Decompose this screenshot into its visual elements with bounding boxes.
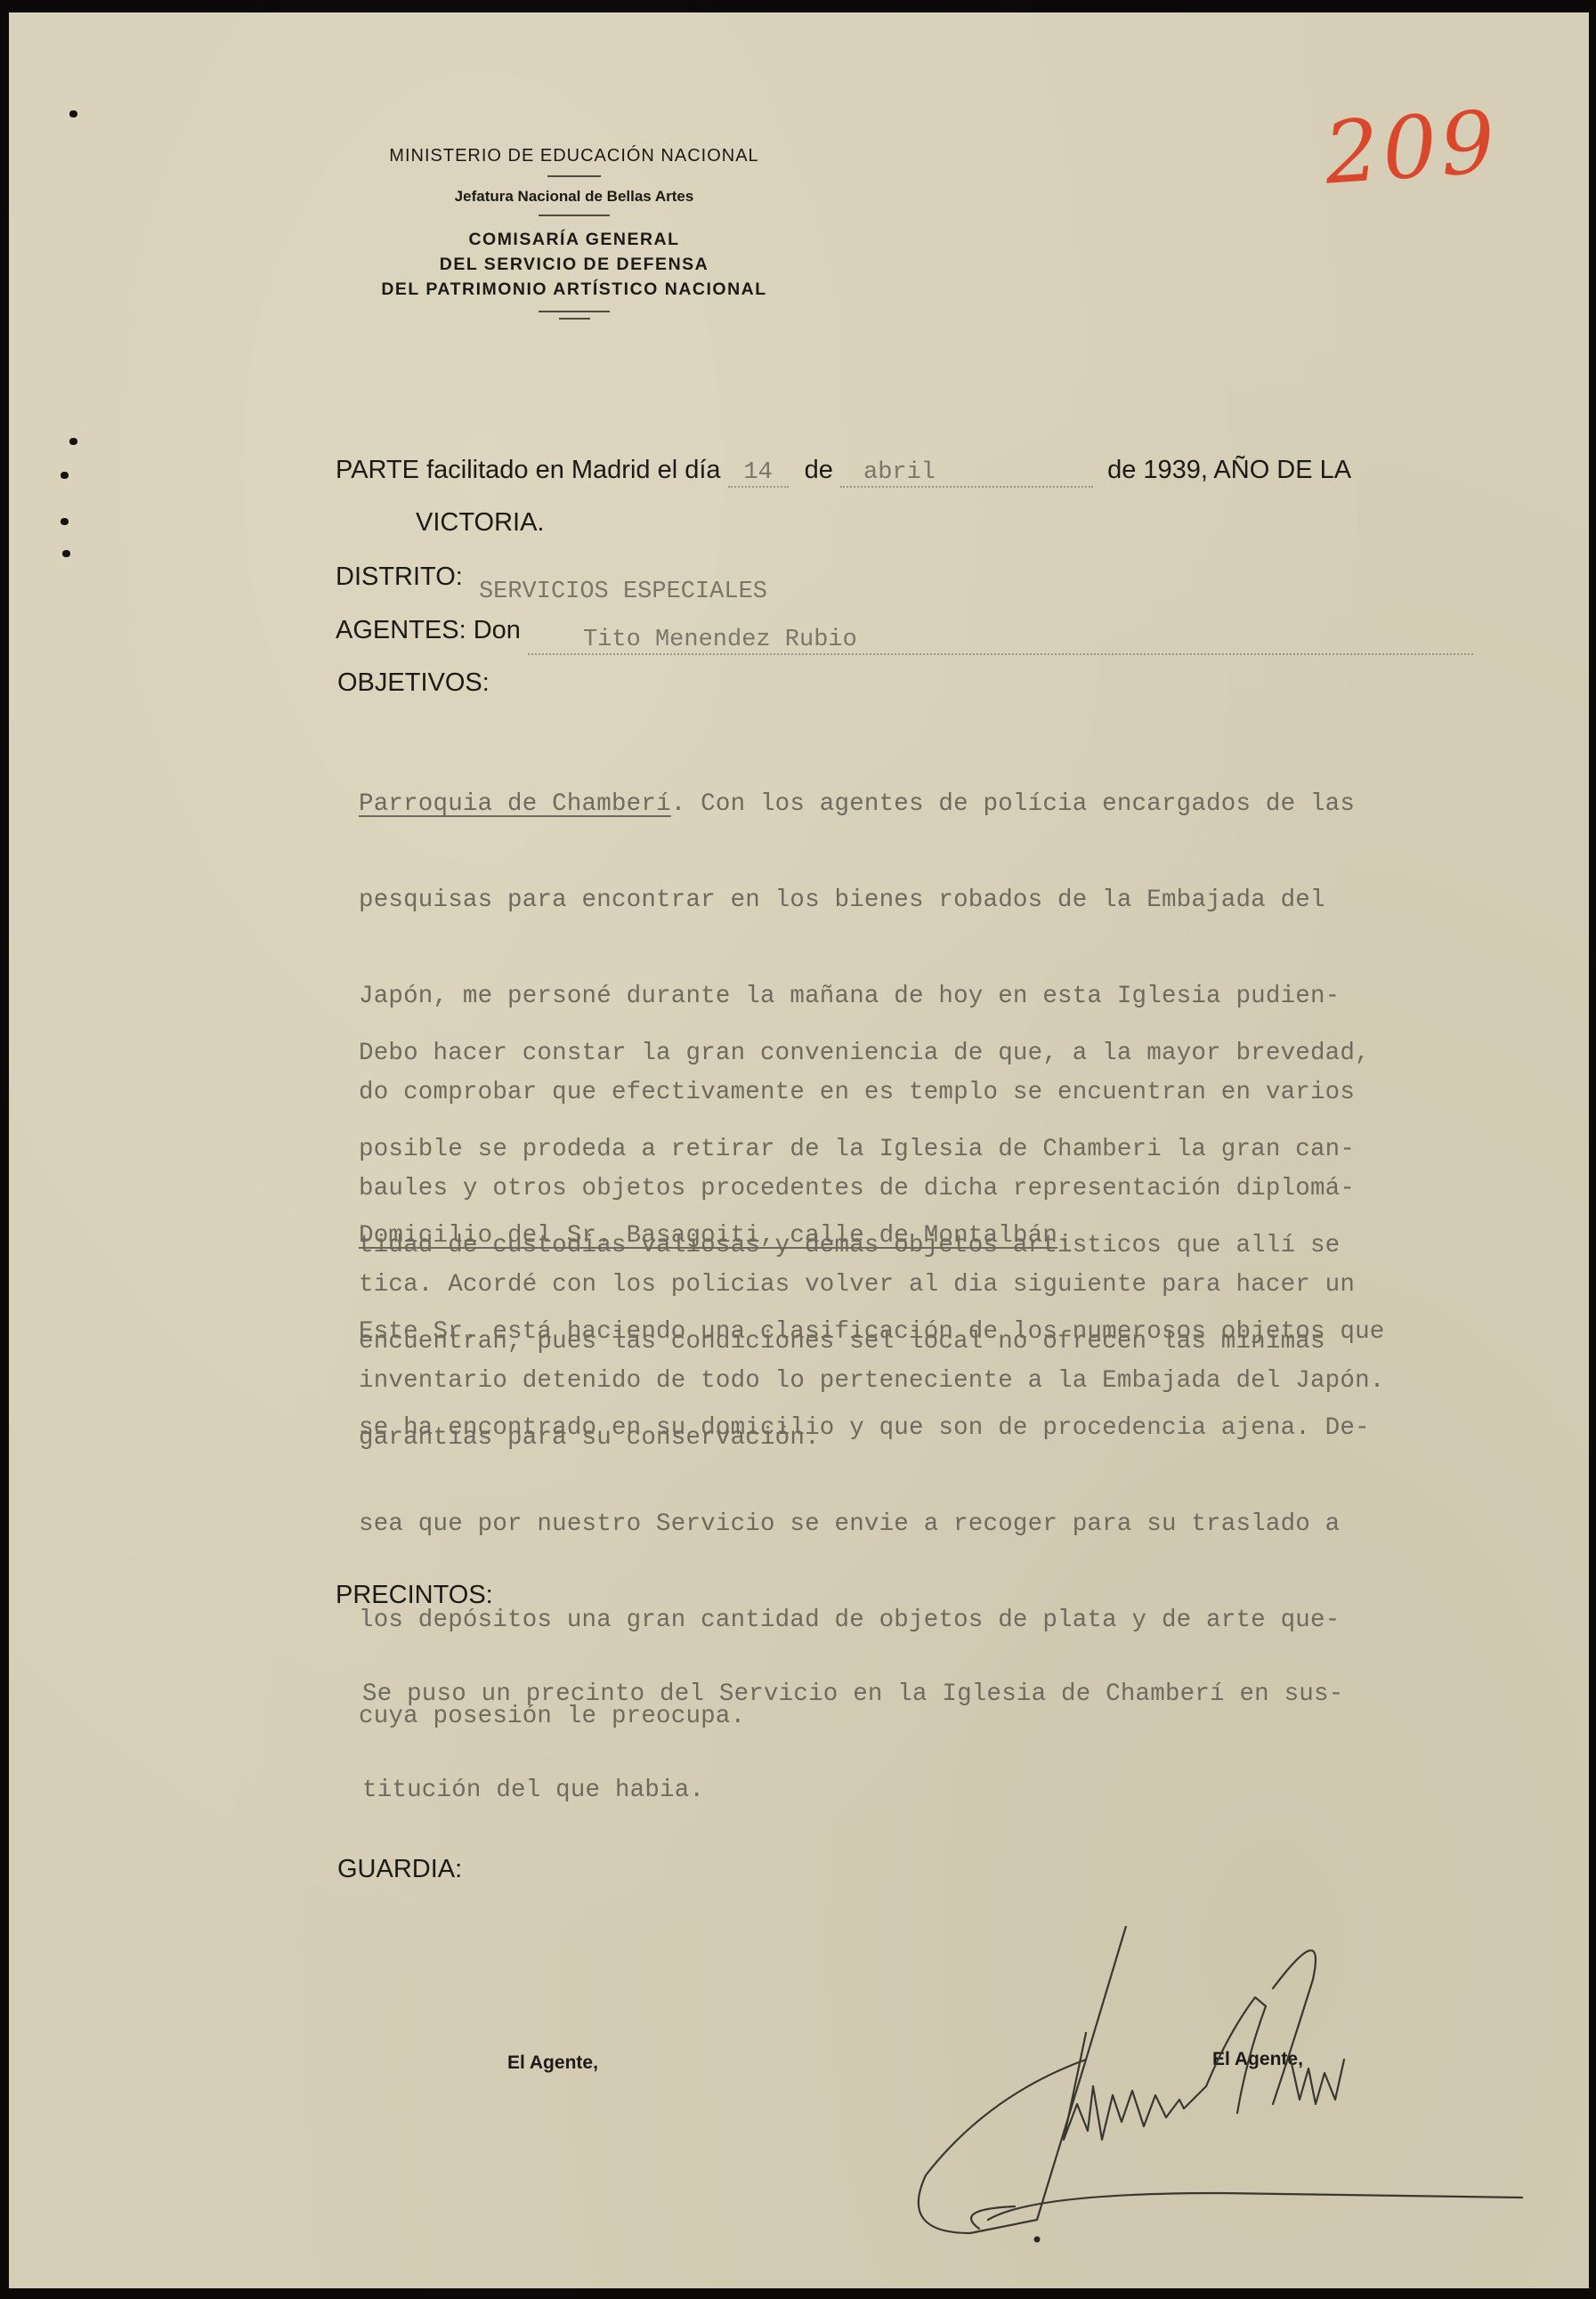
paragraph-title: Parroquia de Chamberí	[359, 790, 671, 818]
punch-hole-mark	[61, 472, 69, 479]
objetivos-label: OBJETIVOS:	[337, 668, 490, 698]
agent-signature-label-left: El Agente,	[507, 2052, 598, 2074]
punch-hole-mark	[62, 550, 70, 557]
divider	[539, 311, 610, 312]
agentes-label: AGENTES: Don	[336, 616, 521, 644]
letterhead: MINISTERIO DE EDUCACIÓN NACIONAL Jefatur…	[325, 146, 823, 330]
guardia-label: GUARDIA:	[337, 1855, 462, 1884]
agentes-value: Tito Menendez Rubio	[528, 627, 1473, 655]
distrito-label: DISTRITO:	[336, 563, 463, 591]
divider	[539, 215, 610, 216]
victoria-line: VICTORIA.	[416, 508, 545, 538]
punch-hole-mark	[69, 110, 77, 117]
agentes-row: AGENTES: Don Tito Menendez Rubio	[336, 616, 1473, 648]
handwritten-signature	[721, 1926, 1567, 2264]
distrito-row: DISTRITO: SERVICIOS ESPECIALES	[336, 563, 871, 593]
year-label: de 1939, AÑO DE LA	[1107, 456, 1351, 484]
folio-number: 209	[1321, 92, 1502, 203]
punch-hole-mark	[61, 518, 69, 525]
divider	[559, 318, 590, 320]
month-field: abril	[840, 459, 1093, 488]
day-field: 14	[728, 459, 789, 488]
de-label: de	[805, 456, 833, 484]
department-name: Jefatura Nacional de Bellas Artes	[325, 188, 823, 206]
precintos-label: PRECINTOS:	[336, 1581, 493, 1610]
punch-hole-mark	[69, 438, 77, 445]
document-page: 209 MINISTERIO DE EDUCACIÓN NACIONAL Jef…	[9, 12, 1589, 2288]
divider	[547, 175, 601, 177]
parte-label: PARTE facilitado en Madrid el día	[336, 456, 721, 484]
precintos-text: Se puso un precinto del Servicio en la I…	[362, 1615, 1596, 1871]
distrito-value: SERVICIOS ESPECIALES	[470, 579, 871, 605]
ministry-name: MINISTERIO DE EDUCACIÓN NACIONAL	[325, 146, 823, 166]
date-line: PARTE facilitado en Madrid el día 14 de …	[336, 456, 1351, 488]
paragraph-title: Domicilio del Sr. Basagoiti, calle de Mo…	[359, 1222, 1057, 1250]
commission-name: COMISARÍA GENERAL DEL SERVICIO DE DEFENS…	[325, 227, 823, 302]
